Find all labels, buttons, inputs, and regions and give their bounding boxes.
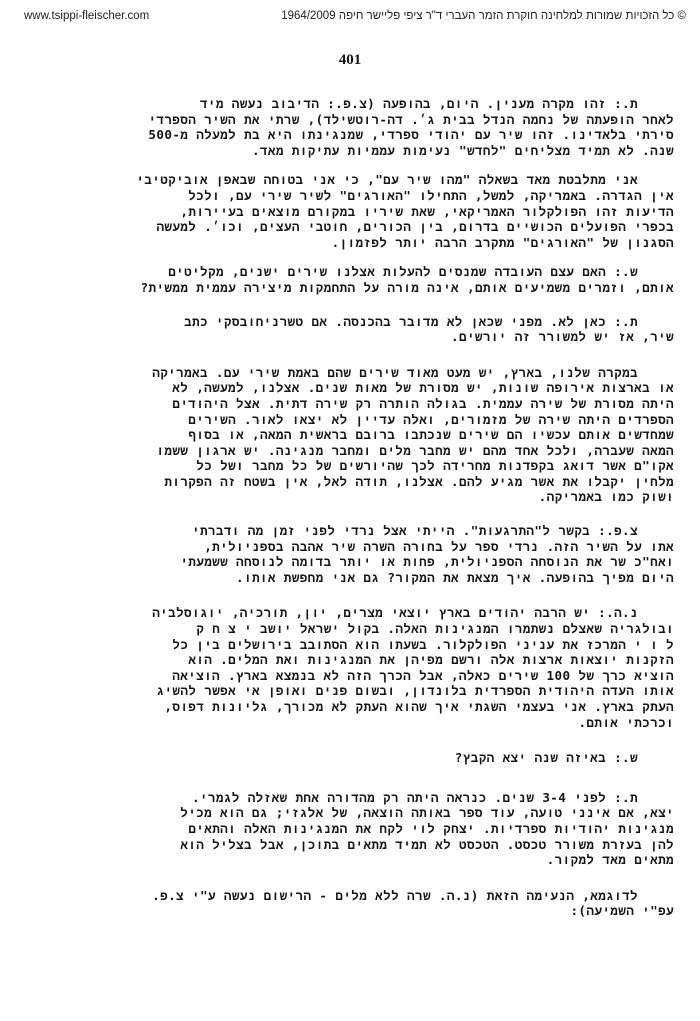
text-line: ת.: זהו מקרה מענין. היום, בהופעה (צ.פ.: … (44, 96, 674, 112)
text-line: ובולגריה שאצלם נשתמרו המנגינות האלה. בקו… (44, 621, 674, 637)
text-line: הוציא כרך של 100 שירים כאלה, אבל הכרך הז… (44, 668, 674, 684)
text-line: אני מתלבטת מאד בשאלה "מהו שיר עם", כי אנ… (44, 172, 674, 188)
text-line: אין הגדרה. באמריקה, למשל, התחילו "האורגי… (44, 188, 674, 204)
text-line: להן בעזרת משורר טכסט. הטכסט לא תמיד מתאי… (44, 837, 674, 853)
text-line: לדוגמא, הנעימה הזאת (נ.ה. שרה ללא מלים -… (44, 888, 674, 904)
text-line: הזקנות יוצאות ארצות אלה ורשם מפיהן את המ… (44, 652, 674, 668)
text-line: הדיעות זהו הפולקלור האמריקאי, שאת שיריו … (44, 204, 674, 220)
text-line: המאה שעברה, ולכל אחד מהם יש מחבר מלים ומ… (44, 443, 674, 459)
text-line: מתאים מאד למקור. (44, 852, 674, 868)
paragraph: ש.: האם עצם העובדה שמנסים להעלות אצלנו ש… (44, 264, 674, 295)
text-line: במקרה שלנו, בארץ, יש מעט מאוד שירים שהם … (44, 365, 674, 381)
text-line: יצא, אם אינני טועה, עוד ספר באותה הוצאה,… (44, 805, 674, 821)
text-line: עפ"י השמיעה): (44, 903, 674, 919)
text-line: ת.: כאן לא. מפני שכאן לא מדובר בהכנסה. א… (44, 314, 674, 330)
page-number: 401 (0, 52, 700, 69)
text-line: ת.: לפני 3-4 שנים. כנראה היתה רק מהדורה … (44, 790, 674, 806)
text-line: בכפרי הפועלים הכושיים בדרום, בין הכורים,… (44, 219, 674, 235)
text-line: ש.: האם עצם העובדה שמנסים להעלות אצלנו ש… (44, 264, 674, 280)
text-line: שנה. לא תמיד מצליחים "לחדש" נעימות עממיו… (44, 143, 674, 159)
copyright-notice: © כל הזכויות שמורות למלחינה חוקרת הזמר ה… (281, 10, 686, 22)
text-line: העתק בארץ. אני בעצמי השגתי איך שהוא העתק… (44, 699, 674, 715)
text-line: היום מפיך בהופעה. איך מצאת את המקור? גם … (44, 570, 674, 586)
paragraph: ש.: באיזה שנה יצא הקבץ? (44, 750, 674, 766)
paragraph: ת.: כאן לא. מפני שכאן לא מדובר בהכנסה. א… (44, 314, 674, 345)
document-body: ת.: זהו מקרה מענין. היום, בהופעה (צ.פ.: … (44, 96, 674, 937)
paragraph: נ.ה.: יש הרבה יהודים בארץ יוצאי מצרים, י… (44, 605, 674, 730)
text-line: סירתי בלאדינו. זהו שיר עם יהודי ספרדי, ש… (44, 127, 674, 143)
website-url[interactable]: www.tsippi-fleischer.com (24, 10, 149, 22)
text-line: וכרכתי אותם. (44, 715, 674, 731)
paragraph: במקרה שלנו, בארץ, יש מעט מאוד שירים שהם … (44, 365, 674, 505)
text-line: לאחר הופעתה של נחמה הנדל בבית ג׳. דה-רוט… (44, 112, 674, 128)
text-line: מלחין יקבלו את אשר מגיע להם. אצלנו, תודה… (44, 474, 674, 490)
text-line: אותו העדה היהודית הספרדית בלונדון, ובשום… (44, 683, 674, 699)
text-line: שמחדשים אותם עכשיו הם שירים שנכתבו ברובם… (44, 427, 674, 443)
paragraph: לדוגמא, הנעימה הזאת (נ.ה. שרה ללא מלים -… (44, 888, 674, 919)
page-header: www.tsippi-fleischer.com © כל הזכויות שמ… (0, 10, 700, 28)
text-line: הספרדים היתה שירה של מזמורים, ואלה עדיין… (44, 412, 674, 428)
text-line: שיר, אז יש למשורר זה יורשים. (44, 329, 674, 345)
paragraph: ת.: זהו מקרה מענין. היום, בהופעה (צ.פ.: … (44, 96, 674, 158)
paragraph: צ.פ.: בקשר ל"התרגעות". הייתי אצל נרדי לפ… (44, 523, 674, 585)
paragraph: אני מתלבטת מאד בשאלה "מהו שיר עם", כי אנ… (44, 172, 674, 250)
text-line: ושוק כמו באמריקה. (44, 489, 674, 505)
text-line: הסגנון של "האורגים" מתקרב הרבה יותר לפזמ… (44, 235, 674, 251)
text-line: צ.פ.: בקשר ל"התרגעות". הייתי אצל נרדי לפ… (44, 523, 674, 539)
text-line: היתה מסורת של שירה עממית. בגולה הותרה רק… (44, 396, 674, 412)
text-line: או בארצות אירופה שונות, יש מסורת של מאות… (44, 380, 674, 396)
text-line: ש.: באיזה שנה יצא הקבץ? (44, 750, 674, 766)
text-line: אותם, וזמרים משמיעים אותם, אינה מורה על … (44, 280, 674, 296)
text-line: אתו על השיר הזה. נרדי ספר על בחורה השרה … (44, 539, 674, 555)
text-line: אקו"ם אשר דואג בקפדנות מחרידה לכך שהיורש… (44, 458, 674, 474)
text-line: נ.ה.: יש הרבה יהודים בארץ יוצאי מצרים, י… (44, 605, 674, 621)
text-line: ל ו י המרכז את עניני הפולקלור. בשעתו הוא… (44, 637, 674, 653)
text-line: ואח"כ שר את הנוסחה הספניולית, פחות או יו… (44, 554, 674, 570)
paragraph: ת.: לפני 3-4 שנים. כנראה היתה רק מהדורה … (44, 790, 674, 868)
text-line: מנגינות יהודיות ספרדיות. יצחק לוי לקח את… (44, 821, 674, 837)
